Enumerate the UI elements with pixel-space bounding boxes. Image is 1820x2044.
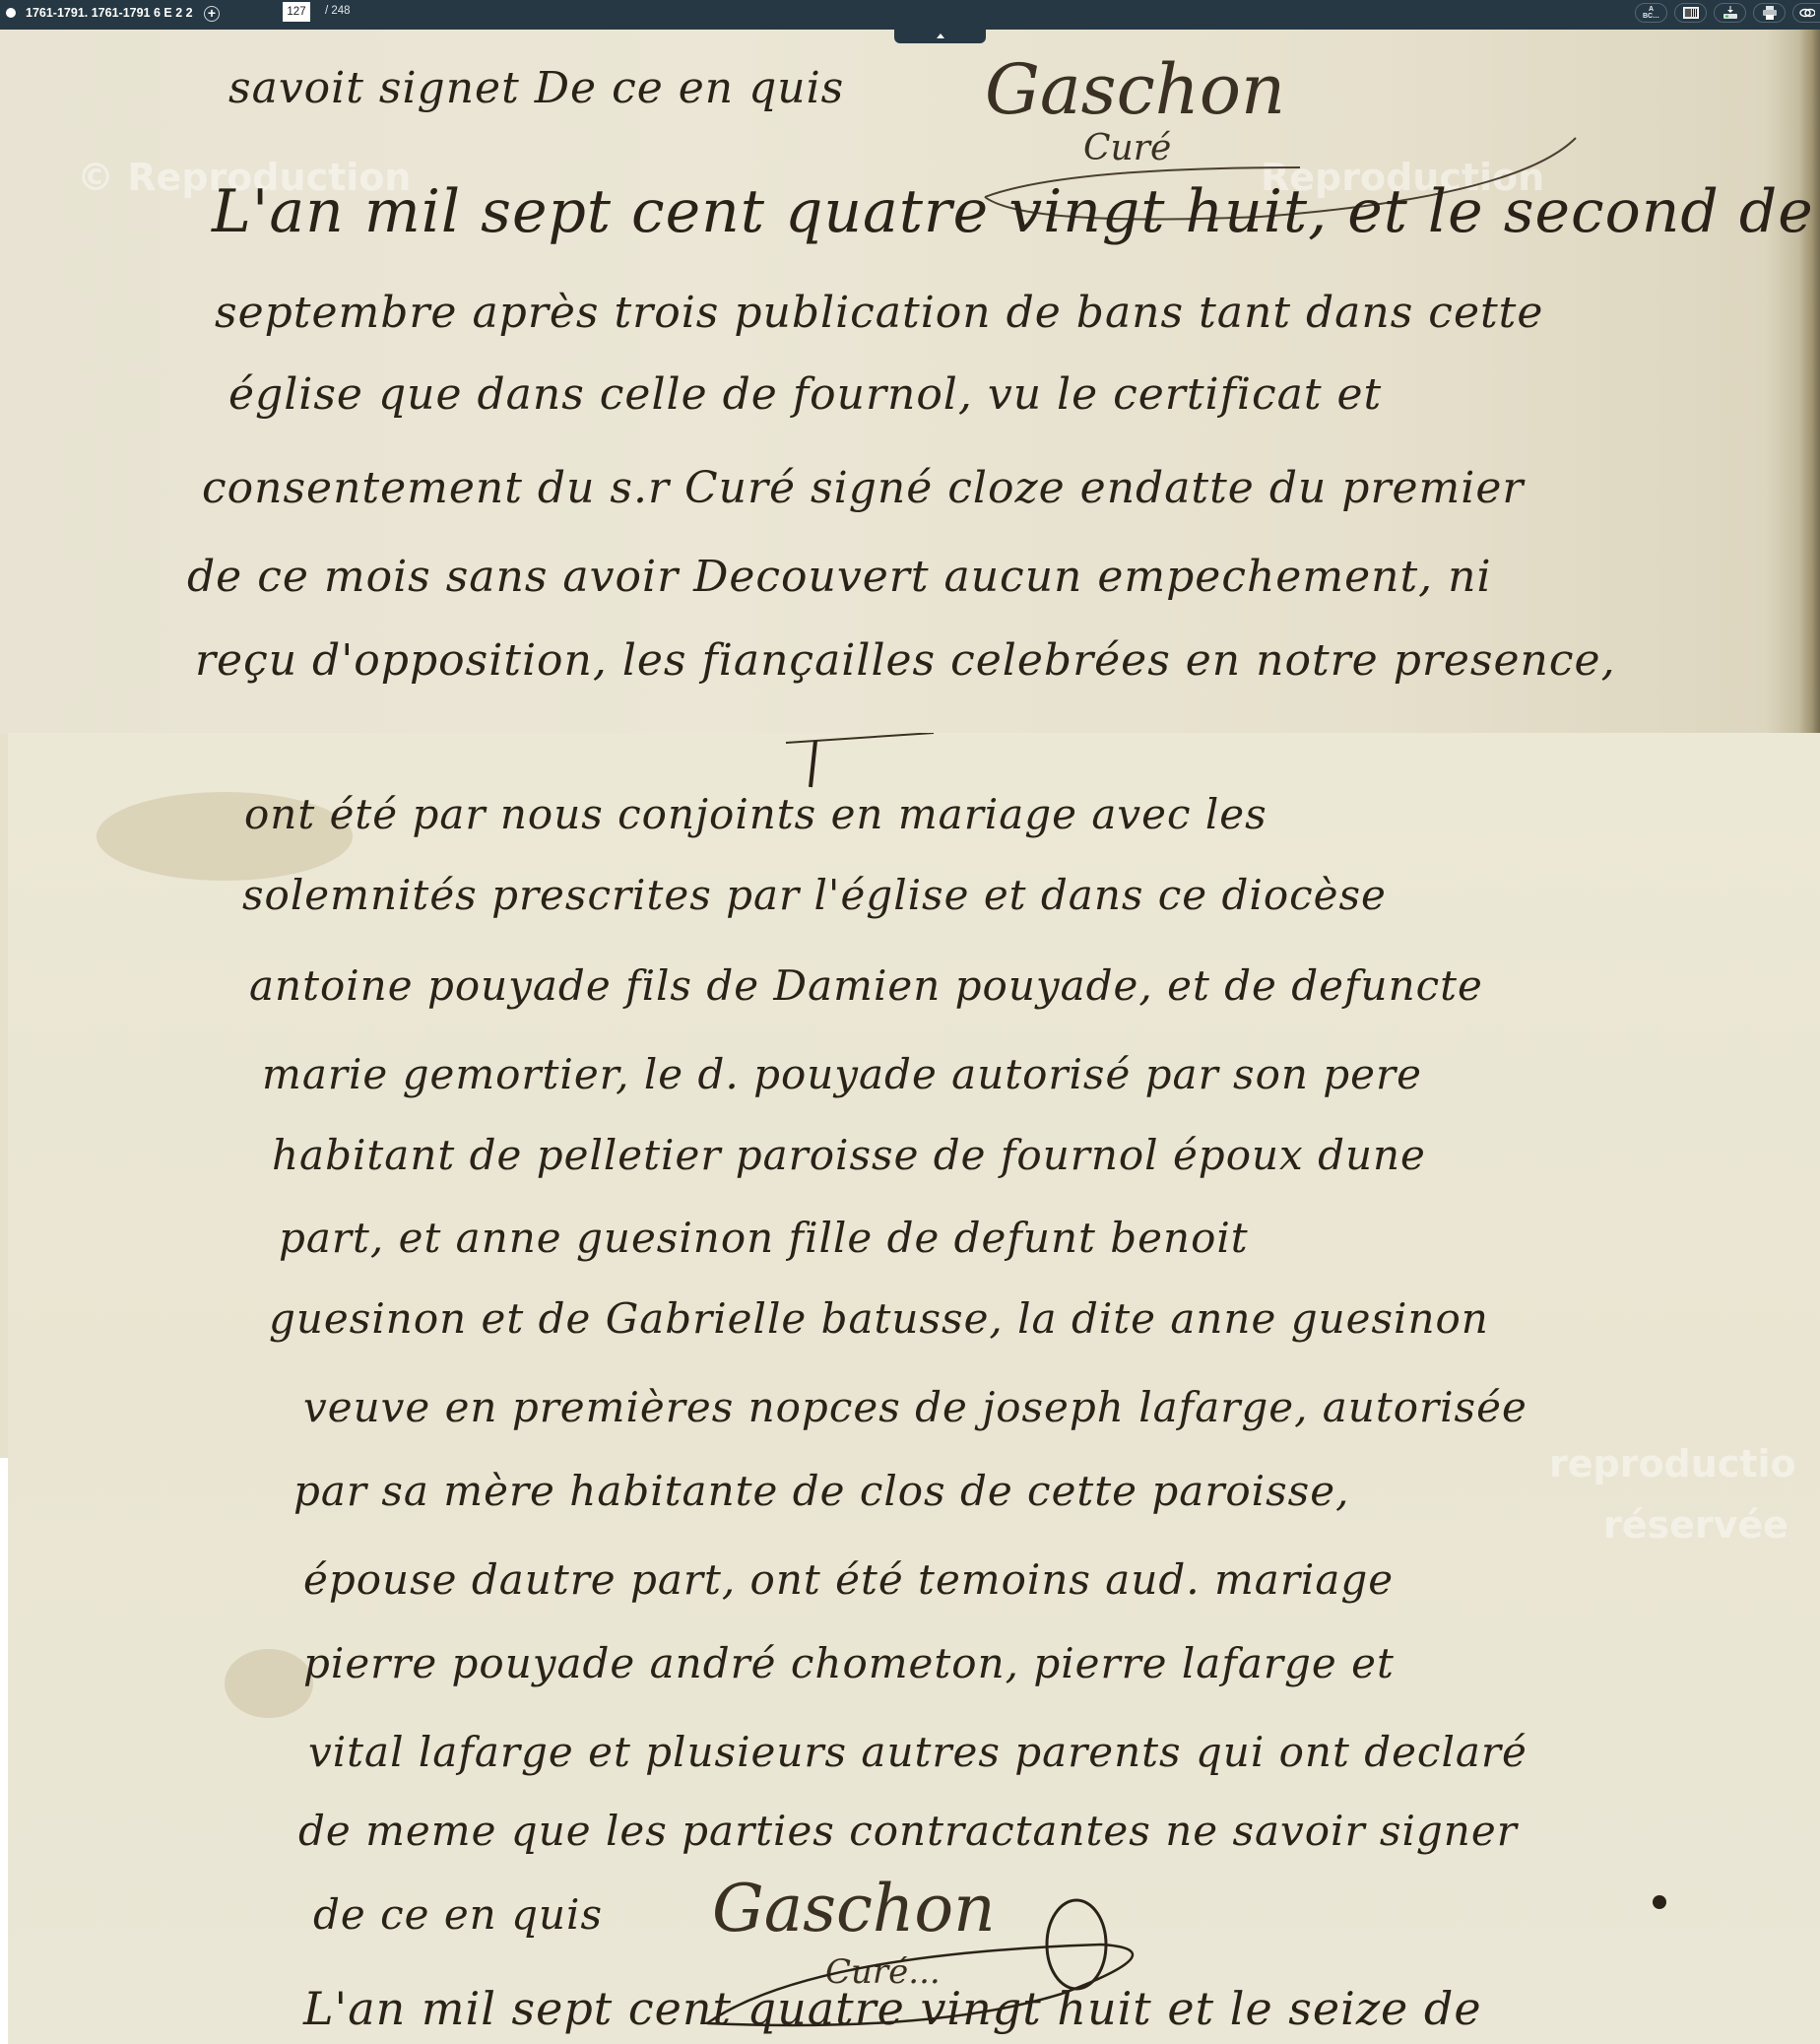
manuscript-line: part, et anne guesinon fille de defunt b… (279, 1214, 1249, 1262)
status-dot-icon (6, 8, 16, 18)
watermark: réservée (1603, 1503, 1788, 1547)
abc-icon: ABC… (1643, 6, 1659, 20)
manuscript-line: septembre après trois publication de ban… (215, 288, 1543, 338)
caret-up-icon (937, 33, 944, 38)
manuscript-line: consentement du s.r Curé signé cloze end… (202, 463, 1524, 513)
manuscript-line: L'an mil sept cent quatre vingt huit, et… (212, 177, 1814, 246)
manuscript-line: reçu d'opposition, les fiançailles celeb… (195, 635, 1616, 686)
manuscript-line: de ce mois sans avoir Decouvert aucun em… (187, 552, 1492, 602)
layout-button[interactable] (1674, 3, 1707, 23)
watermark: reproductio (1549, 1442, 1796, 1485)
page-total: / 248 (325, 5, 351, 17)
manuscript-line: antoine pouyade fils de Damien pouyade, … (249, 961, 1483, 1010)
toolbar-actions: ABC… (1635, 3, 1820, 23)
link-button[interactable] (1792, 3, 1820, 23)
document-title: 1761-1791. 1761-1791 6 E 2 2 (26, 6, 193, 20)
download-icon (1722, 6, 1738, 20)
printer-icon (1762, 6, 1778, 20)
page-edge (1798, 30, 1820, 733)
manuscript-line: de meme que les parties contractantes ne… (298, 1807, 1518, 1855)
manuscript-line: savoit signet De ce en quis (228, 63, 844, 113)
cross-mark (737, 733, 934, 792)
manuscript-line: de ce en quis (313, 1890, 603, 1939)
link-icon (1799, 7, 1815, 19)
manuscript-line: guesinon et de Gabrielle batusse, la dit… (269, 1294, 1489, 1343)
download-button[interactable] (1714, 3, 1746, 23)
manuscript-line: L'an mil sept cent quatre vingt huit et … (303, 1982, 1482, 2035)
manuscript-tile-1[interactable]: © Reproduction Reproduction savoit signe… (0, 30, 1820, 733)
manuscript-line: épouse dautre part, ont été temoins aud.… (303, 1555, 1394, 1604)
print-button[interactable] (1753, 3, 1786, 23)
manuscript-line: vital lafarge et plusieurs autres parent… (308, 1728, 1527, 1776)
manuscript-line: veuve en premières nopces de joseph lafa… (303, 1383, 1527, 1431)
tile-gap (0, 1458, 8, 2044)
viewer-toolbar: 1761-1791. 1761-1791 6 E 2 2 + / 248 ABC… (0, 0, 1820, 30)
manuscript-line: par sa mère habitante de clos de cette p… (293, 1467, 1349, 1515)
transcription-button[interactable]: ABC… (1635, 3, 1667, 23)
manuscript-line: église que dans celle de fournol, vu le … (228, 369, 1382, 420)
manuscript-line: solemnités prescrites par l'église et da… (242, 871, 1387, 919)
manuscript-line: habitant de pelletier paroisse de fourno… (272, 1131, 1426, 1179)
page-number-input[interactable] (283, 2, 310, 22)
columns-icon (1683, 7, 1699, 19)
tile-gap (0, 733, 8, 1458)
manuscript-line: pierre pouyade andré chometon, pierre la… (303, 1639, 1395, 1687)
ink-spot (1653, 1895, 1666, 1909)
manuscript-line: ont été par nous conjoints en mariage av… (244, 790, 1267, 838)
manuscript-tile-2[interactable]: reproductio réservée ont été par nous co… (8, 733, 1820, 2044)
manuscript-line: marie gemortier, le d. pouyade autorisé … (262, 1050, 1422, 1098)
stain (225, 1649, 313, 1718)
collapse-toolbar-button[interactable] (894, 29, 986, 43)
add-icon[interactable]: + (204, 6, 220, 22)
